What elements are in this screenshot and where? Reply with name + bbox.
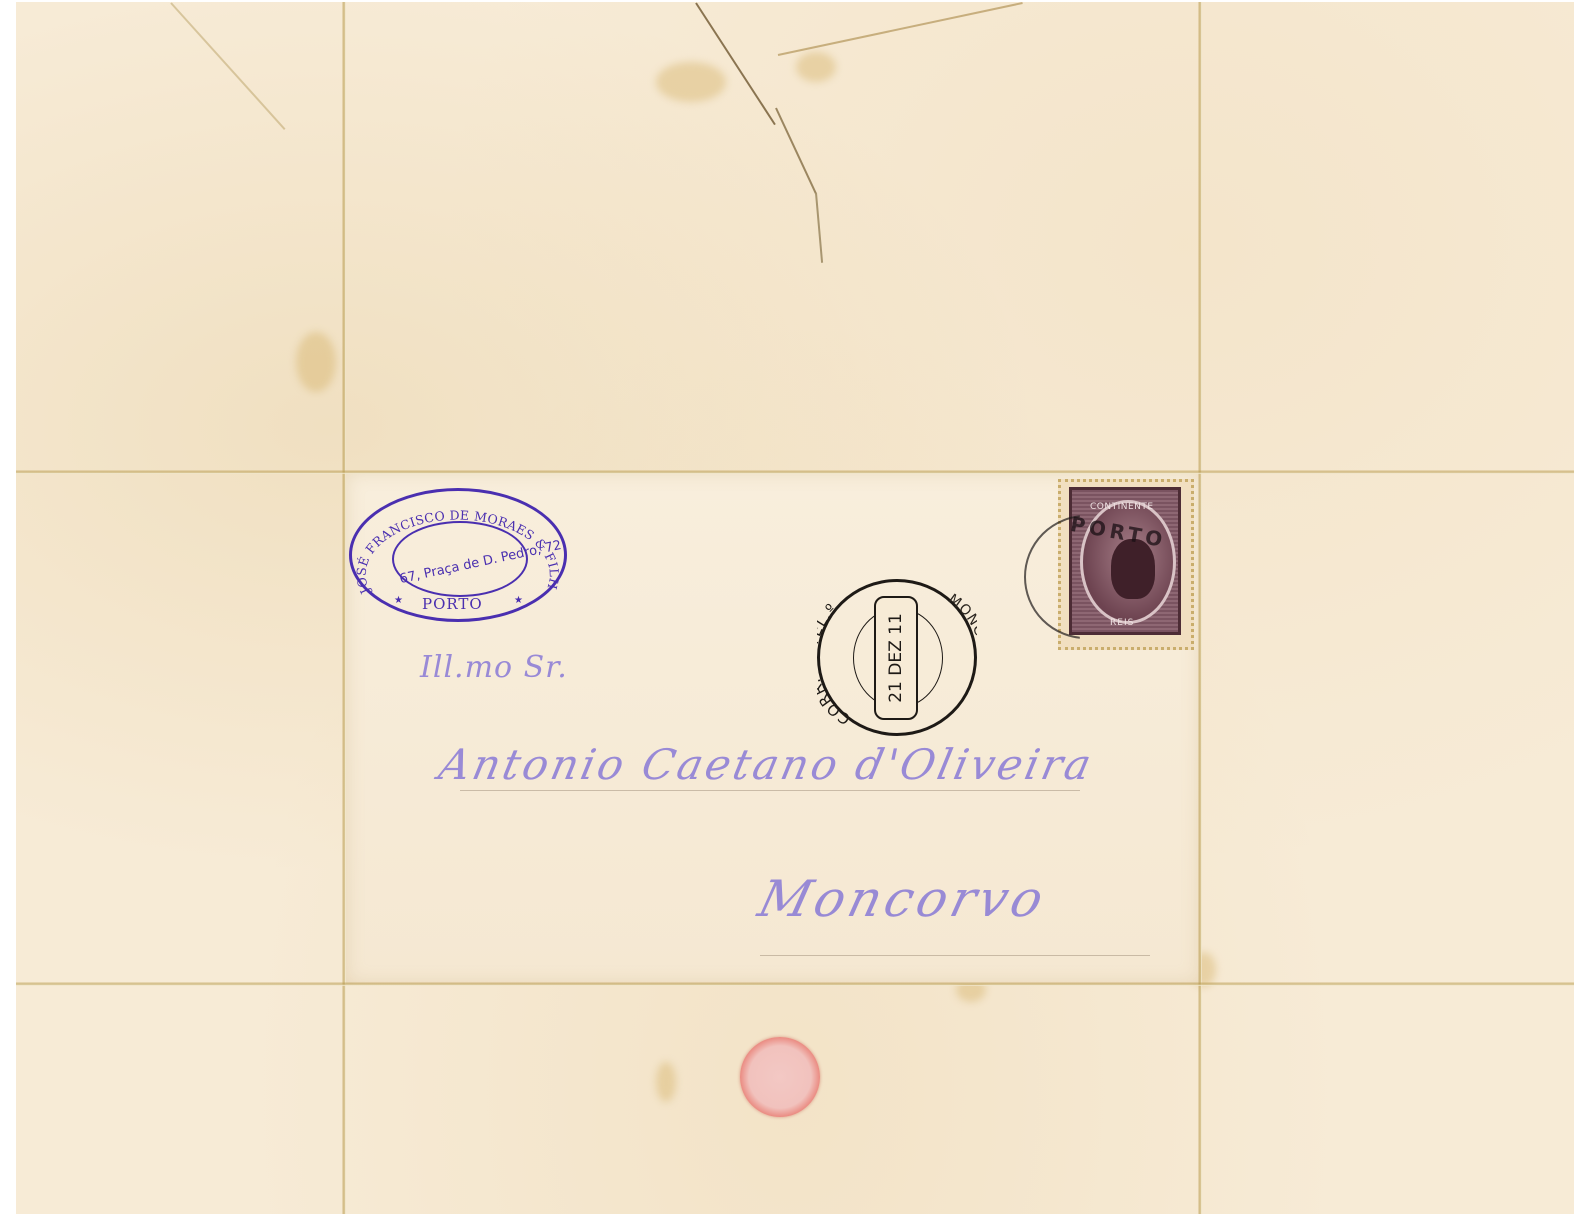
address-underline (760, 955, 1150, 956)
stamp-top-text: CONTINENTE (1090, 502, 1154, 512)
stain (656, 1062, 676, 1102)
star-icon: ★ (514, 595, 523, 606)
postmark-date: 21 DEZ 11 (886, 613, 906, 703)
merchant-handstamp: JOSÉ FRANCISCO DE MORAES & FILHOS 67, Pr… (349, 488, 567, 622)
salutation: Ill.mo Sr. (420, 650, 568, 685)
stain (296, 332, 336, 392)
star-icon: ★ (394, 595, 403, 606)
address-underline (460, 790, 1080, 791)
fold-line (16, 982, 1574, 986)
merchant-city: PORTO (422, 595, 483, 613)
wax-seal-icon (740, 1037, 820, 1117)
tear (815, 193, 823, 263)
stamp-value-text: REIS (1110, 618, 1134, 628)
svg-text:MONCORVO: MONCORVO (945, 591, 977, 684)
stain (656, 62, 726, 102)
letter-sheet (16, 2, 1574, 1214)
svg-text:CORR.º e TEL.º: CORR.º e TEL.º (817, 600, 853, 729)
fold-line (16, 470, 1574, 474)
stamp-frame: CONTINENTE REIS (1069, 487, 1181, 635)
date-postmark: CORR.º e TEL.º MONCORVO 21 DEZ 11 (817, 579, 977, 736)
recipient-town: Moncorvo (753, 870, 1053, 928)
crease (170, 2, 285, 130)
recipient-name: Antonio Caetano d'Oliveira (435, 740, 1099, 789)
tear (775, 108, 817, 195)
tear (778, 2, 1023, 56)
fold-line (1198, 2, 1202, 1214)
stain (796, 52, 836, 82)
fold-line (342, 2, 346, 1214)
